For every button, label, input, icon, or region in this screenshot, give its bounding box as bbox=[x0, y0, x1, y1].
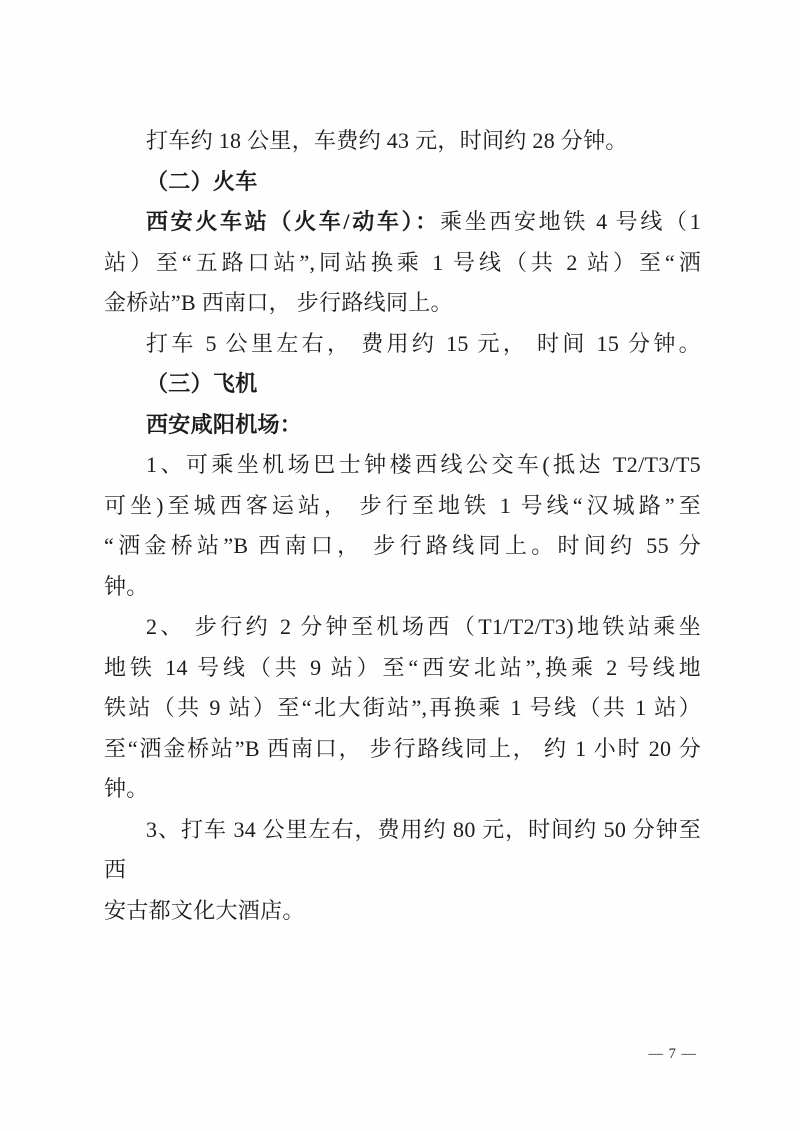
body-text: 可坐)至城西客运站， 步行至地铁 1 号线“汉城路”至 bbox=[104, 493, 701, 518]
page-number: — 7 — bbox=[649, 1046, 698, 1063]
heading-text: （二）火车 bbox=[146, 169, 258, 194]
body-text: 打车约 18 公里，车费约 43 元，时间约 28 分钟。 bbox=[146, 128, 628, 153]
text-line: 2、 步行约 2 分钟至机场西（T1/T2/T3)地铁站乘坐 bbox=[104, 607, 701, 648]
text-line: 安古都文化大酒店。 bbox=[104, 891, 701, 932]
text-line: 站）至“五路口站”,同站换乘 1 号线（共 2 站）至“洒 bbox=[104, 243, 701, 284]
body-text: “洒金桥站”B 西南口， 步行路线同上。时间约 55 分 bbox=[104, 533, 701, 558]
body-text: 地铁 14 号线（共 9 站）至“西安北站”,换乘 2 号线地 bbox=[104, 655, 701, 680]
text-line: 3、打车 34 公里左右，费用约 80 元，时间约 50 分钟至西 bbox=[104, 810, 701, 891]
text-line: 打车约 18 公里，车费约 43 元，时间约 28 分钟。 bbox=[104, 121, 701, 162]
heading-text: （三）飞机 bbox=[146, 371, 258, 396]
document-page: 打车约 18 公里，车费约 43 元，时间约 28 分钟。（二）火车西安火车站（… bbox=[0, 0, 800, 1131]
body-text: 1、可乘坐机场巴士钟楼西线公交车(抵达 T2/T3/T5 bbox=[146, 452, 701, 477]
body-text: 至“洒金桥站”B 西南口， 步行路线同上， 约 1 小时 20 分 bbox=[104, 736, 701, 761]
text-line: 金桥站”B 西南口， 步行路线同上。 bbox=[104, 283, 701, 324]
body-text: 钟。 bbox=[104, 574, 149, 599]
body-text: 钟。 bbox=[104, 776, 149, 801]
text-line: 铁站（共 9 站）至“北大街站”,再换乘 1 号线（共 1 站） bbox=[104, 688, 701, 729]
page-number-label: — 7 — bbox=[649, 1046, 698, 1062]
text-line: “洒金桥站”B 西南口， 步行路线同上。时间约 55 分 bbox=[104, 526, 701, 567]
text-line: 钟。 bbox=[104, 567, 701, 608]
text-line: 打车 5 公里左右， 费用约 15 元， 时间 15 分钟。 bbox=[104, 324, 701, 365]
body-text: 乘坐西安地铁 4 号线（1 bbox=[440, 209, 701, 234]
text-line: 西安咸阳机场： bbox=[104, 405, 701, 446]
text-line: 钟。 bbox=[104, 769, 701, 810]
text-line: （三）飞机 bbox=[104, 364, 701, 405]
body-text: 安古都文化大酒店。 bbox=[104, 898, 305, 923]
text-line: 西安火车站（火车/动车）：乘坐西安地铁 4 号线（1 bbox=[104, 202, 701, 243]
body-text: 3、打车 34 公里左右，费用约 80 元，时间约 50 分钟至西 bbox=[104, 817, 701, 883]
text-line: （二）火车 bbox=[104, 162, 701, 203]
body-text: 金桥站”B 西南口， 步行路线同上。 bbox=[104, 290, 453, 315]
body-text: 2、 步行约 2 分钟至机场西（T1/T2/T3)地铁站乘坐 bbox=[146, 614, 701, 639]
text-line: 至“洒金桥站”B 西南口， 步行路线同上， 约 1 小时 20 分 bbox=[104, 729, 701, 770]
text-line: 可坐)至城西客运站， 步行至地铁 1 号线“汉城路”至 bbox=[104, 486, 701, 527]
body-text: 铁站（共 9 站）至“北大街站”,再换乘 1 号线（共 1 站） bbox=[104, 695, 701, 720]
document-body: 打车约 18 公里，车费约 43 元，时间约 28 分钟。（二）火车西安火车站（… bbox=[104, 0, 701, 931]
text-line: 地铁 14 号线（共 9 站）至“西安北站”,换乘 2 号线地 bbox=[104, 648, 701, 689]
text-line: 1、可乘坐机场巴士钟楼西线公交车(抵达 T2/T3/T5 bbox=[104, 445, 701, 486]
body-text: 站）至“五路口站”,同站换乘 1 号线（共 2 站）至“洒 bbox=[104, 250, 701, 275]
body-text: 打车 5 公里左右， 费用约 15 元， 时间 15 分钟。 bbox=[146, 331, 701, 356]
heading-text: 西安咸阳机场： bbox=[146, 412, 302, 437]
heading-text: 西安火车站（火车/动车）： bbox=[146, 209, 440, 234]
